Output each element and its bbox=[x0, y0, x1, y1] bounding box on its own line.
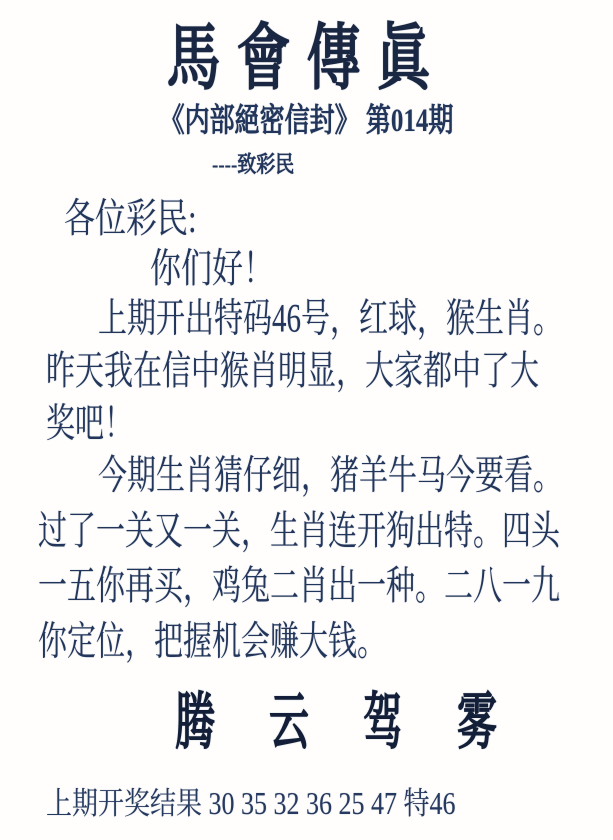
results-line: 上期开奖结果 30 35 32 36 25 47 特46 bbox=[46, 789, 456, 820]
salutation: 各位彩民: bbox=[64, 198, 197, 238]
fax-sheet: 馬會傳眞 《内部絕密信封》 第014期 ----致彩民 各位彩民: 你们好！ 上… bbox=[0, 0, 613, 840]
paragraph-line: 奖吧！ bbox=[46, 405, 562, 445]
issue-subtitle: 《内部絕密信封》 第014期 bbox=[0, 105, 613, 138]
paragraph-current-tips: 今期生肖猜仔细，猪羊牛马今要看。 过了一关又一关，生肖连开狗出特。四头 一五你再… bbox=[38, 457, 562, 678]
slogan-text: 腾 云 驾 雾 bbox=[175, 692, 519, 754]
paragraph-previous-draw: 上期开出特码46号，红球，猴生肖。 昨天我在信中猴肖明显，大家都中了大 奖吧！ bbox=[46, 300, 562, 457]
page-title: 馬會傳眞 bbox=[0, 22, 613, 95]
greeting: 你们好！ bbox=[150, 248, 274, 288]
paragraph-line: 昨天我在信中猴肖明显，大家都中了大 bbox=[46, 352, 562, 392]
paragraph-line: 过了一关又一关，生肖连开狗出特。四头 bbox=[38, 512, 562, 552]
results-special: 特46 bbox=[397, 787, 456, 822]
paragraph-line: 上期开出特码46号，红球，猴生肖。 bbox=[46, 300, 562, 340]
results-label: 上期开奖结果 bbox=[46, 787, 202, 822]
paragraph-line: 今期生肖猜仔细，猪羊牛马今要看。 bbox=[38, 457, 562, 497]
paragraph-line: 一五你再买，鸡兔二肖出一种。二八一九 bbox=[38, 567, 562, 607]
dedication-line: ----致彩民 bbox=[212, 154, 294, 177]
results-numbers: 30 35 32 36 25 47 bbox=[202, 787, 397, 822]
paragraph-line: 你定位，把握机会赚大钱。 bbox=[38, 623, 562, 663]
